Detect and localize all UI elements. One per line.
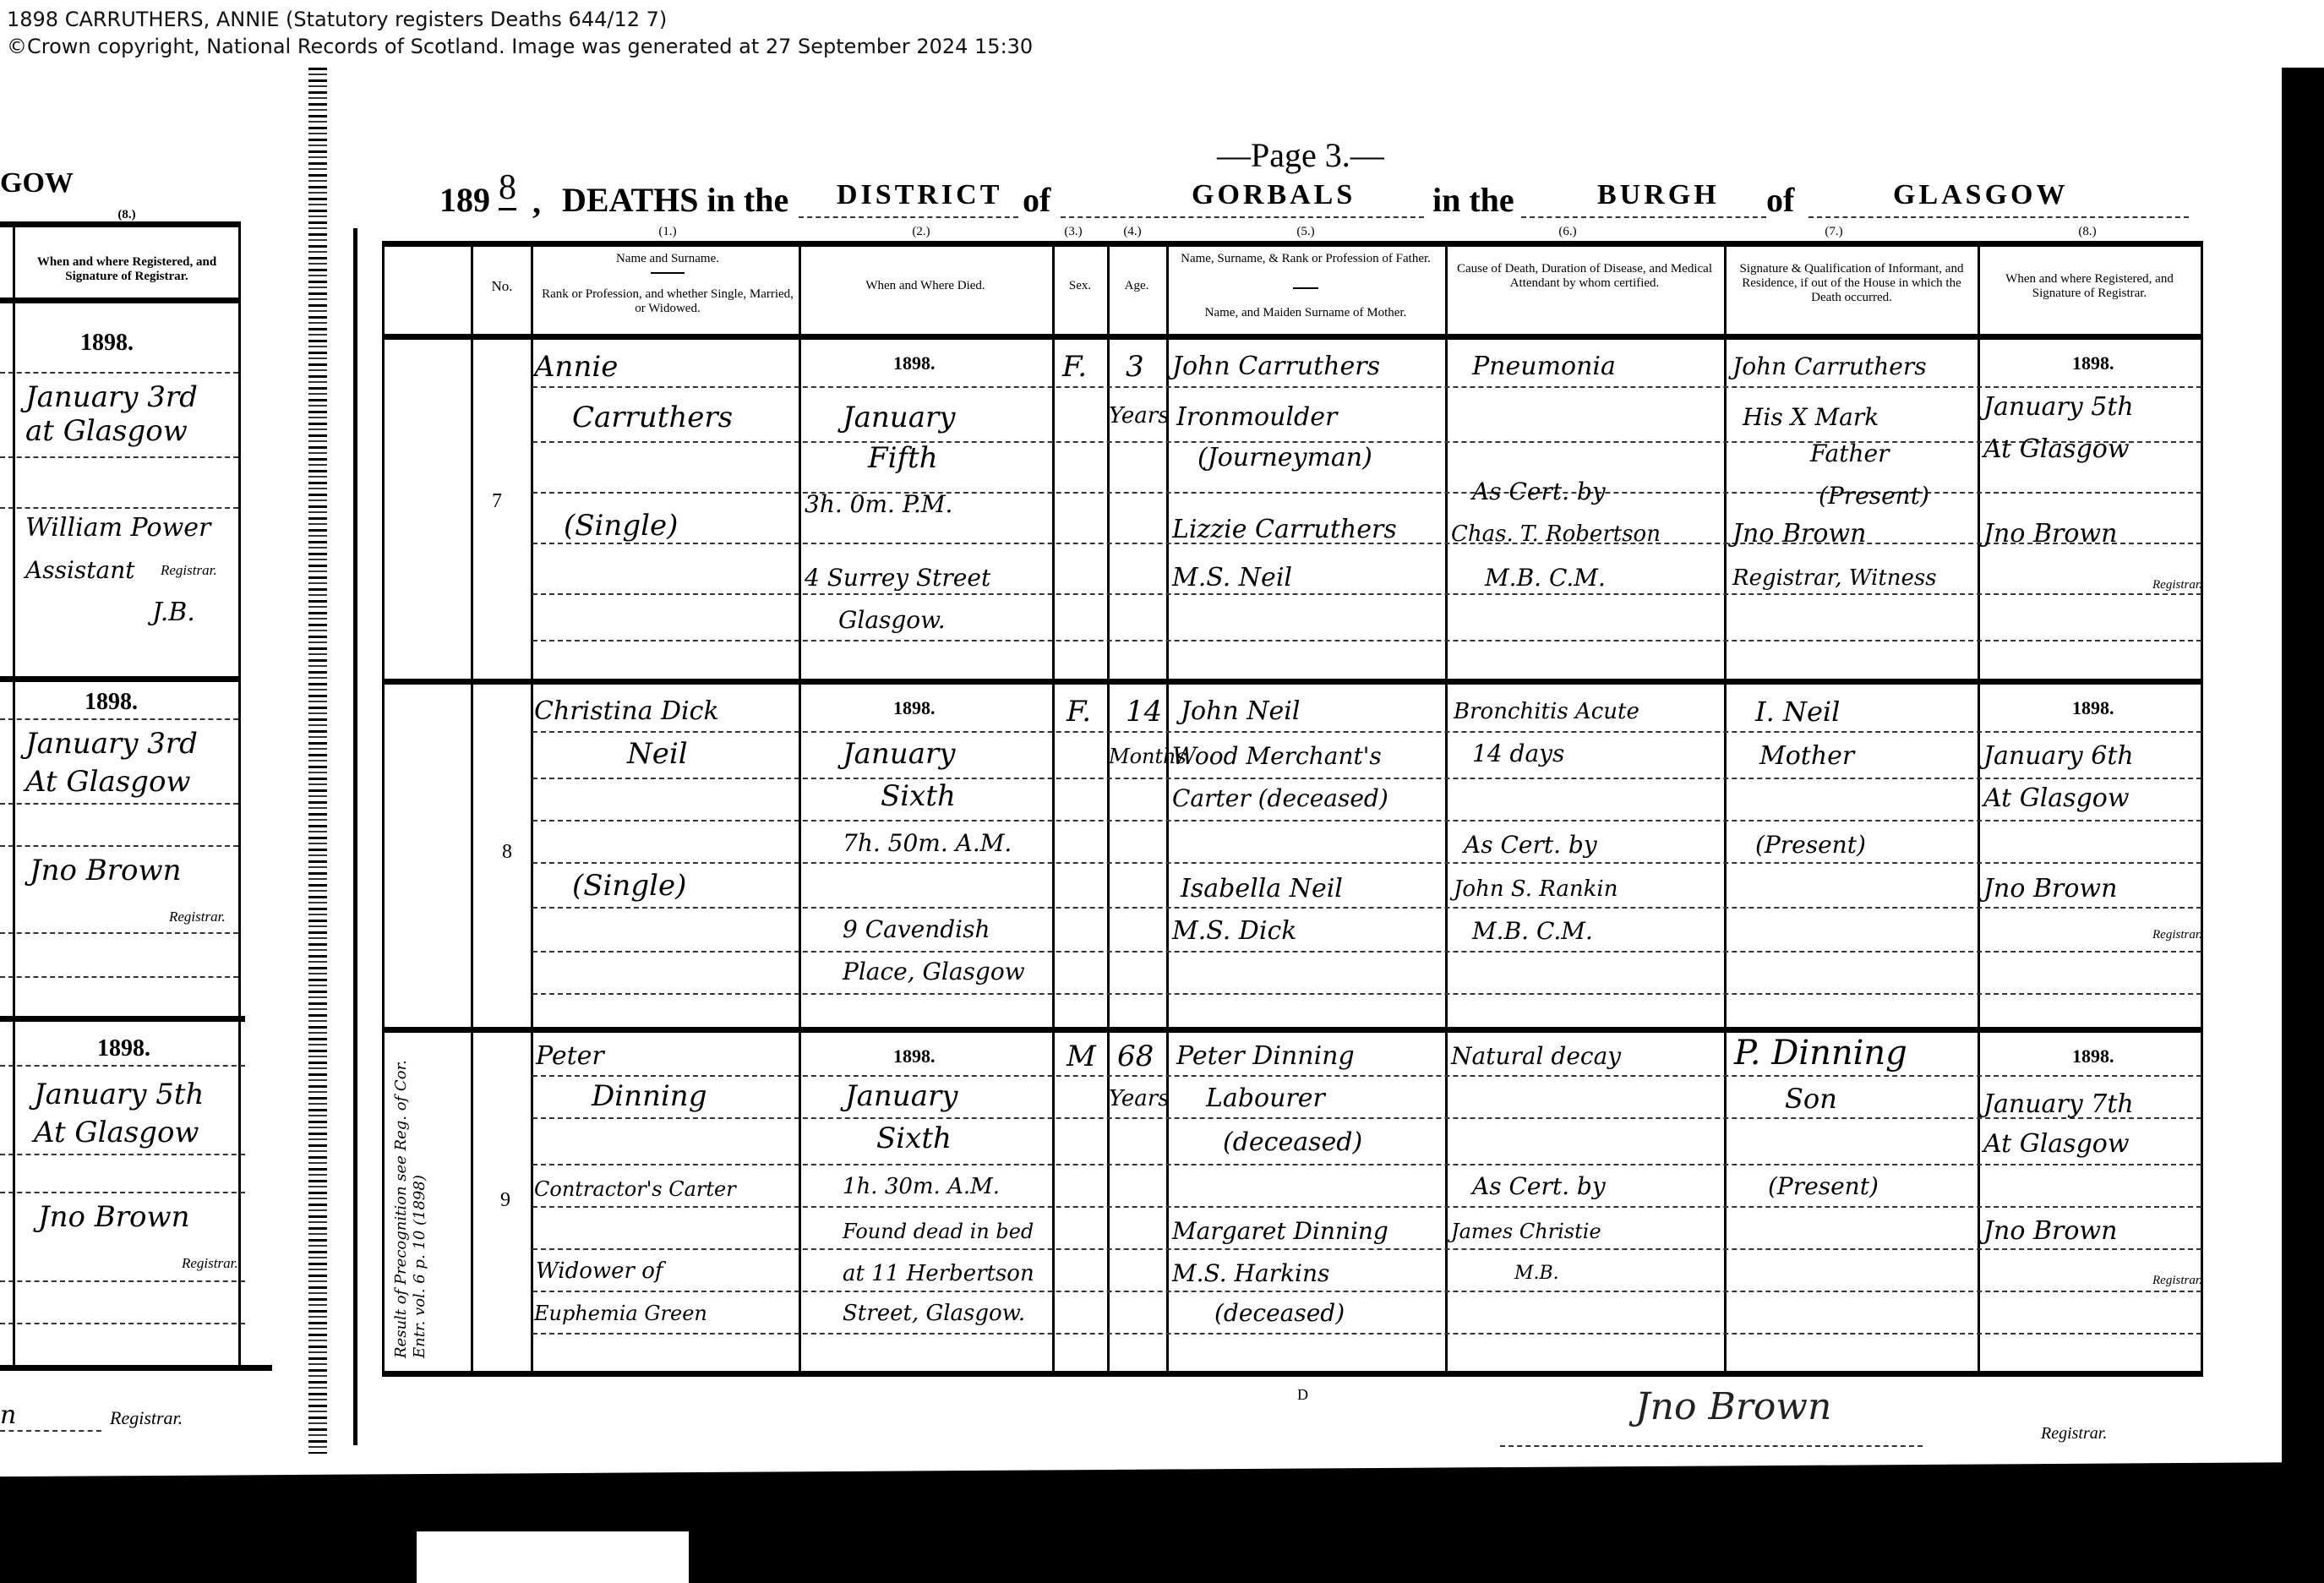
marital-status: Widower of bbox=[536, 1254, 663, 1288]
deceased-surname: Dinning bbox=[592, 1079, 706, 1113]
medical-attendant: James Christie bbox=[1451, 1215, 1601, 1248]
heading-of: of bbox=[1023, 180, 1050, 220]
death-year: 1898. bbox=[893, 352, 936, 374]
left-entry-date: January 5th bbox=[34, 1078, 204, 1111]
mother-maiden-name: M.S. Harkins bbox=[1172, 1257, 1329, 1291]
col-number: (2.) bbox=[896, 225, 947, 239]
medical-attendant: Chas. T. Robertson bbox=[1451, 517, 1661, 551]
deceased-surname: Neil bbox=[627, 737, 688, 771]
header-informant: Signature & Qualification of Informant, … bbox=[1728, 262, 1975, 305]
col-number: (6.) bbox=[1542, 225, 1593, 239]
left-col-header: When and where Registered, and Signature… bbox=[21, 255, 232, 284]
age-value: 14 bbox=[1126, 695, 1162, 729]
left-entry-year: 1898. bbox=[80, 330, 134, 357]
heading-district-type: DISTRICT bbox=[837, 179, 1002, 211]
registrar-label: Registrar. bbox=[2152, 928, 2202, 942]
register-entry[interactable]: 8 Christina Dick Neil (Single) 1898. Jan… bbox=[382, 685, 2203, 1027]
informant-relationship: Son bbox=[1785, 1082, 1837, 1116]
heading-burgh-type: BURGH bbox=[1597, 179, 1720, 211]
entry-number: 7 bbox=[492, 490, 502, 513]
heading-year-suffix: 8 bbox=[499, 167, 516, 210]
medical-attendant: John S. Rankin bbox=[1454, 872, 1618, 906]
header-father: Name, Surname, & Rank or Profession of F… bbox=[1170, 252, 1441, 266]
death-time: 3h. 0m. P.M. bbox=[805, 488, 952, 521]
death-year: 1898. bbox=[893, 697, 936, 719]
sex: F. bbox=[1062, 350, 1087, 384]
page-edge bbox=[353, 228, 357, 1445]
informant-name: I. Neil bbox=[1755, 695, 1840, 729]
col-number: (5.) bbox=[1280, 225, 1331, 239]
death-place: 4 Surrey Street bbox=[805, 561, 990, 595]
mother-name: Lizzie Carruthers bbox=[1172, 513, 1397, 547]
entry-number: 9 bbox=[500, 1189, 510, 1212]
sex: M bbox=[1067, 1040, 1096, 1073]
registration-year: 1898. bbox=[2072, 697, 2114, 719]
registration-year: 1898. bbox=[2072, 1045, 2114, 1067]
left-entry-place: at Glasgow bbox=[25, 414, 188, 448]
medical-qualification: M.B. bbox=[1514, 1257, 1559, 1291]
death-town: Glasgow. bbox=[838, 603, 946, 637]
heading-in-the: in the bbox=[1432, 180, 1514, 220]
father-name: Peter Dinning bbox=[1176, 1040, 1355, 1073]
left-col-number: (8.) bbox=[93, 208, 161, 222]
col-number: (3.) bbox=[1056, 225, 1090, 239]
heading-burgh-name: GLASGOW bbox=[1893, 179, 2068, 211]
col-number: (4.) bbox=[1116, 225, 1149, 239]
witness-role: Registrar, Witness bbox=[1732, 561, 1937, 595]
informant-presence: (Present) bbox=[1768, 1170, 1879, 1204]
registration-place: At Glasgow bbox=[1983, 782, 2130, 816]
heading-deaths-in-the: DEATHS in the bbox=[562, 180, 788, 220]
col-number: (1.) bbox=[642, 225, 693, 239]
margin-annotation: Result of Precognition see Reg. of Cor. … bbox=[392, 1037, 429, 1358]
header-rank: Rank or Profession, and whether Single, … bbox=[541, 287, 794, 316]
page-number: —Page 3.— bbox=[1217, 135, 1384, 175]
registration-place: At Glasgow bbox=[1983, 1127, 2130, 1161]
mother-name: Margaret Dinning bbox=[1172, 1215, 1388, 1248]
left-entry-year: 1898. bbox=[97, 1035, 150, 1062]
left-entry-initials: J.B. bbox=[152, 596, 195, 630]
left-entry-place: At Glasgow bbox=[34, 1116, 199, 1149]
registration-place: At Glasgow bbox=[1983, 433, 2130, 467]
left-entry-registrar-label: Registrar. bbox=[161, 562, 217, 579]
footer-registrar-signature: Jno Brown bbox=[1635, 1390, 1831, 1424]
father-occupation: Wood Merchant's bbox=[1172, 740, 1382, 773]
footer-registrar-label: Registrar. bbox=[2041, 1424, 2107, 1444]
scan-border-bottom bbox=[0, 1462, 2324, 1583]
mother-maiden-name: M.S. Neil bbox=[1172, 561, 1292, 595]
entry-number: 8 bbox=[502, 841, 512, 864]
deceased-forename: Christina Dick bbox=[534, 695, 719, 729]
informant-name: P. Dinning bbox=[1734, 1036, 1907, 1070]
register-entry[interactable]: 7 Annie Carruthers (Single) 1898. Januar… bbox=[382, 340, 2203, 679]
scan-white-patch bbox=[417, 1531, 689, 1583]
age-value: 3 bbox=[1126, 350, 1144, 384]
death-month: January bbox=[843, 401, 955, 434]
header-when-where: When and Where Died. bbox=[803, 279, 1048, 293]
left-entry-date: January 3rd bbox=[25, 380, 198, 414]
registrar-signature: Jno Brown bbox=[1983, 872, 2117, 906]
heading-of: of bbox=[1766, 180, 1794, 220]
left-entry-year: 1898. bbox=[85, 689, 138, 716]
medical-qualification: M.B. C.M. bbox=[1485, 561, 1606, 595]
informant-mark: His X Mark bbox=[1743, 401, 1879, 434]
mother-name: Isabella Neil bbox=[1181, 872, 1343, 906]
deceased-forename: Peter bbox=[536, 1040, 604, 1073]
deceased-surname: Carruthers bbox=[572, 401, 733, 434]
death-town: Place, Glasgow bbox=[843, 955, 1025, 989]
informant-relationship: Mother bbox=[1759, 740, 1854, 773]
mother-status: (deceased) bbox=[1214, 1296, 1345, 1330]
death-time: 7h. 50m. A.M. bbox=[843, 827, 1012, 860]
occupation: Contractor's Carter bbox=[534, 1172, 736, 1206]
registrar-signature: Jno Brown bbox=[1983, 1215, 2117, 1248]
registrar-label: Registrar. bbox=[2152, 1274, 2202, 1288]
death-month: January bbox=[843, 737, 955, 771]
book-gutter bbox=[308, 68, 327, 1454]
certified-by-label: As Cert. by bbox=[1472, 1170, 1606, 1204]
scan-border-right bbox=[2282, 68, 2324, 1583]
heading-district-name: GORBALS bbox=[1192, 179, 1356, 211]
death-month: January bbox=[845, 1079, 957, 1113]
left-footer-registrar-label: Registrar. bbox=[110, 1407, 183, 1429]
left-heading-fragment: GOW bbox=[0, 167, 74, 199]
father-status: (deceased) bbox=[1223, 1126, 1362, 1160]
father-occupation-detail: (Journeyman) bbox=[1197, 441, 1372, 475]
registration-date: January 5th bbox=[1983, 390, 2134, 424]
father-occupation: Labourer bbox=[1206, 1082, 1325, 1116]
col-number: (7.) bbox=[1808, 225, 1859, 239]
left-entry-signature: Jno Brown bbox=[30, 854, 182, 887]
left-entry-signature: Jno Brown bbox=[38, 1200, 190, 1234]
death-day: Fifth bbox=[868, 441, 938, 475]
registration-date: January 6th bbox=[1983, 740, 2134, 773]
cause-of-death: Bronchitis Acute bbox=[1454, 695, 1639, 729]
certified-by-label: As Cert. by bbox=[1464, 828, 1597, 862]
death-place: 9 Cavendish bbox=[843, 913, 990, 947]
death-circumstance: Found dead in bed bbox=[843, 1215, 1034, 1248]
left-entry-role: Assistant bbox=[25, 554, 135, 587]
sex: F. bbox=[1067, 695, 1091, 729]
header-name: Name and Surname. bbox=[541, 252, 794, 266]
left-footer-signature-fragment: n bbox=[0, 1399, 16, 1433]
father-occupation-detail: Carter (deceased) bbox=[1172, 782, 1388, 816]
disease-duration: 14 days bbox=[1472, 737, 1564, 771]
certified-by-label: As Cert. by bbox=[1472, 475, 1606, 509]
death-day: Sixth bbox=[876, 1122, 952, 1155]
record-title: 1898 CARRUTHERS, ANNIE (Statutory regist… bbox=[7, 7, 667, 32]
cause-of-death: Pneumonia bbox=[1472, 350, 1616, 384]
death-day: Sixth bbox=[881, 779, 956, 813]
witness-signature: Jno Brown bbox=[1732, 517, 1866, 551]
mother-maiden-name: M.S. Dick bbox=[1172, 914, 1296, 948]
age-unit: Years bbox=[1109, 1082, 1170, 1116]
left-entry-registrar-label: Registrar. bbox=[182, 1255, 238, 1272]
header-cause: Cause of Death, Duration of Disease, and… bbox=[1449, 262, 1720, 291]
header-age: Age. bbox=[1109, 279, 1165, 293]
father-name: John Carruthers bbox=[1172, 350, 1380, 384]
registrar-label: Registrar. bbox=[2152, 578, 2202, 592]
left-entry-signature: William Power bbox=[25, 511, 210, 545]
left-entry-date: January 3rd bbox=[25, 727, 198, 761]
informant-presence: (Present) bbox=[1819, 479, 1929, 513]
medical-qualification: M.B. C.M. bbox=[1472, 914, 1593, 948]
left-entry-registrar-label: Registrar. bbox=[169, 909, 226, 925]
age-value: 68 bbox=[1117, 1040, 1154, 1073]
informant-name: John Carruthers bbox=[1732, 350, 1927, 384]
header-sex: Sex. bbox=[1055, 279, 1105, 293]
death-time: 1h. 30m. A.M. bbox=[843, 1170, 1000, 1204]
header-no: No. bbox=[473, 279, 531, 293]
deceased-forename: Annie bbox=[534, 350, 618, 384]
death-place: at 11 Herbertson bbox=[843, 1257, 1034, 1291]
age-unit: Years bbox=[1109, 399, 1170, 433]
cause-of-death: Natural decay bbox=[1451, 1040, 1621, 1073]
informant-relationship: Father bbox=[1810, 437, 1889, 471]
death-year: 1898. bbox=[893, 1045, 936, 1067]
col-number: (8.) bbox=[2062, 225, 2113, 239]
heading-year-prefix: 189 bbox=[439, 180, 490, 220]
left-entry-place: At Glasgow bbox=[25, 765, 191, 799]
registration-date: January 7th bbox=[1983, 1088, 2134, 1122]
spouse-name: Euphemia Green bbox=[534, 1296, 707, 1330]
marital-status: (Single) bbox=[572, 869, 686, 903]
registrar-signature: Jno Brown bbox=[1983, 517, 2117, 551]
informant-presence: (Present) bbox=[1755, 828, 1866, 862]
header-registered: When and where Registered, and Signature… bbox=[1982, 272, 2197, 301]
footer-mark: D bbox=[1297, 1386, 1308, 1404]
header-mother: Name, and Maiden Surname of Mother. bbox=[1170, 306, 1441, 320]
registration-year: 1898. bbox=[2072, 352, 2114, 374]
marital-status: (Single) bbox=[564, 509, 678, 543]
death-town: Street, Glasgow. bbox=[843, 1296, 1025, 1330]
father-name: John Neil bbox=[1181, 695, 1300, 729]
father-occupation: Ironmoulder bbox=[1176, 401, 1337, 434]
register-entry[interactable]: Result of Precognition see Reg. of Cor. … bbox=[382, 1033, 2203, 1371]
copyright-notice: ©Crown copyright, National Records of Sc… bbox=[7, 34, 1033, 59]
